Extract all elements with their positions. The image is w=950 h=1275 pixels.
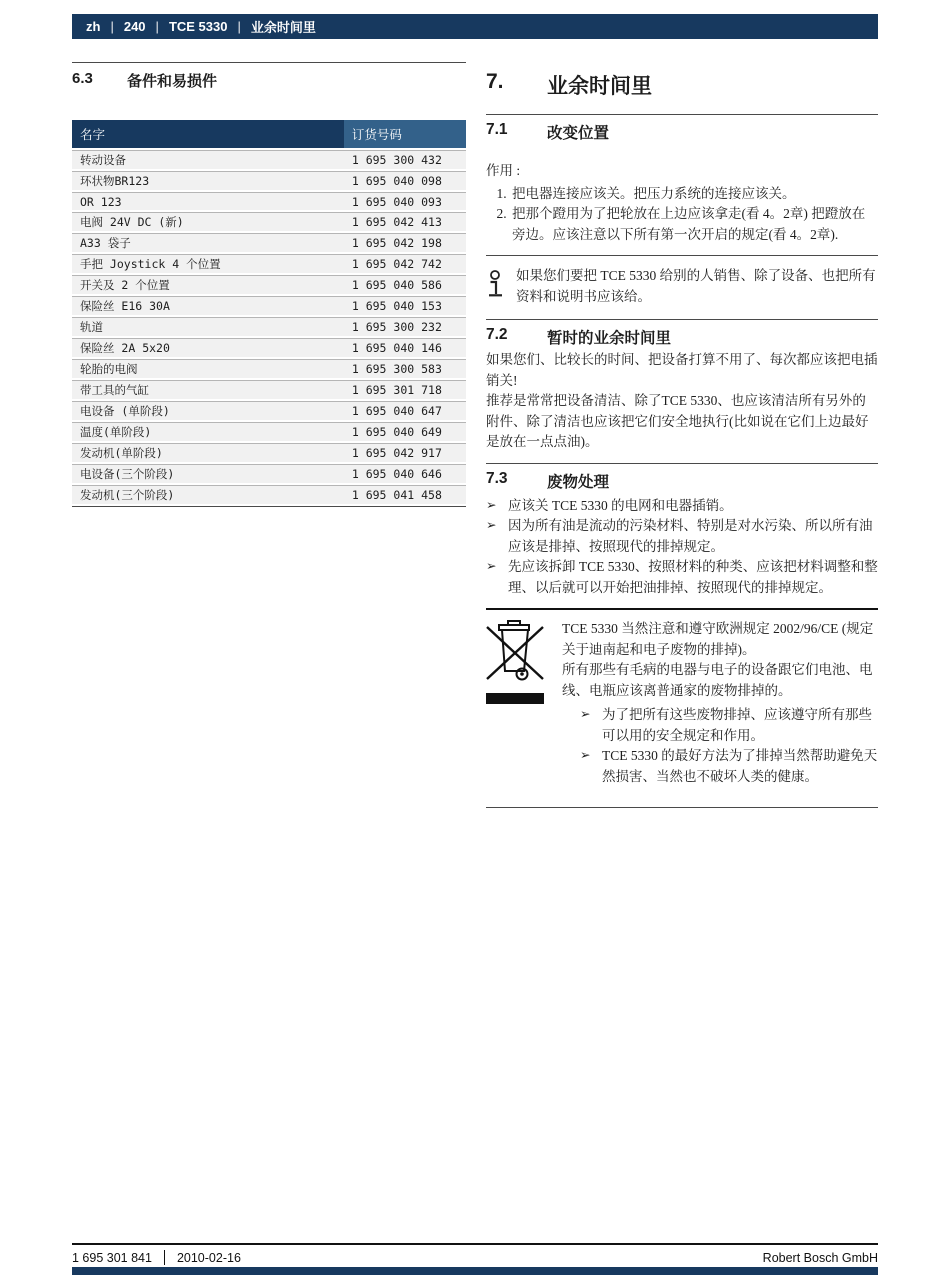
- part-name-cell: A33 袋子: [72, 233, 344, 252]
- divider: [486, 807, 878, 808]
- table-row: 电设备 (单阶段)1 695 040 647: [72, 401, 466, 420]
- order-number-cell: 1 695 040 093: [344, 192, 466, 210]
- header-separator: |: [110, 19, 113, 34]
- part-name-cell: 开关及 2 个位置: [72, 275, 344, 294]
- weee-text: TCE 5330 当然注意和遵守欧洲规定 2002/96/CE (规定关于迪南起…: [562, 619, 878, 797]
- weee-notice: TCE 5330 当然注意和遵守欧洲规定 2002/96/CE (规定关于迪南起…: [486, 610, 878, 807]
- left-column: 6.3 备件和易损件 名字 订货号码 转动设备1 695 300 432环状物B…: [72, 62, 466, 808]
- table-row: 手把 Joystick 4 个位置1 695 042 742: [72, 254, 466, 273]
- section-title: 改变位置: [547, 121, 609, 143]
- order-number-cell: 1 695 042 413: [344, 212, 466, 231]
- part-name-cell: 带工具的气缸: [72, 380, 344, 399]
- bullet-item: 为了把所有这些废物排掉、应该遵守所有那些可以用的安全规定和作用。: [580, 705, 878, 746]
- weee-bullet-list: 为了把所有这些废物排掉、应该遵守所有那些可以用的安全规定和作用。TCE 5330…: [562, 705, 878, 787]
- weee-icon-column: [486, 619, 548, 797]
- part-name-cell: 环状物BR123: [72, 171, 344, 190]
- table-row: 电设备(三个阶段)1 695 040 646: [72, 464, 466, 483]
- bottom-bar: [72, 1267, 878, 1275]
- part-name-cell: 发动机(三个阶段): [72, 485, 344, 504]
- crossed-out-wheeled-bin-icon: [486, 619, 544, 683]
- table-row: 保险丝 2A 5x201 695 040 146: [72, 338, 466, 357]
- right-column: 7. 业余时间里 7.1 改变位置 作用 : 把电器连接应该关。把压力系统的连接…: [486, 62, 878, 808]
- table-row: OR 1231 695 040 093: [72, 192, 466, 210]
- table-row: 轨道1 695 300 232: [72, 317, 466, 336]
- step-item: 把那个蹬用为了把轮放在上边应该拿走(看 4。2章) 把蹬放在旁边。应该注意以下所…: [510, 204, 878, 245]
- column-header-order-number: 订货号码: [344, 120, 466, 148]
- footer-separator: [164, 1250, 165, 1265]
- order-number-cell: 1 695 040 646: [344, 464, 466, 483]
- parts-table: 名字 订货号码 转动设备1 695 300 432环状物BR1231 695 0…: [72, 118, 466, 507]
- table-row: 转动设备1 695 300 432: [72, 150, 466, 169]
- bullet-item: 先应该拆卸 TCE 5330、按照材料的种类、应该把材料调整和整理、以后就可以开…: [486, 557, 878, 598]
- info-note-text: 如果您们要把 TCE 5330 给别的人销售、除了设备、也把所有资料和说明书应该…: [516, 266, 878, 307]
- part-name-cell: 轨道: [72, 317, 344, 336]
- page-header-bar: zh | 240 | TCE 5330 | 业余时间里: [72, 14, 878, 39]
- order-number-cell: 1 695 042 198: [344, 233, 466, 252]
- order-number-cell: 1 695 300 583: [344, 359, 466, 378]
- table-row: 环状物BR1231 695 040 098: [72, 171, 466, 190]
- chapter-number: 7.: [486, 70, 547, 100]
- header-page-number: 240: [124, 19, 146, 34]
- order-number-cell: 1 695 300 232: [344, 317, 466, 336]
- bullet-item: 应该关 TCE 5330 的电网和电器插销。: [486, 496, 878, 517]
- disposal-bullet-list: 应该关 TCE 5330 的电网和电器插销。因为所有油是流动的污染材料、特别是对…: [486, 496, 878, 599]
- part-name-cell: 轮胎的电阀: [72, 359, 344, 378]
- section-title: 暂时的业余时间里: [547, 326, 671, 348]
- page-content: 6.3 备件和易损件 名字 订货号码 转动设备1 695 300 432环状物B…: [72, 62, 878, 808]
- table-row: A33 袋子1 695 042 198: [72, 233, 466, 252]
- section-heading-6-3: 6.3 备件和易损件: [72, 63, 466, 91]
- paragraph: 如果您们、比较长的时间、把设备打算不用了、每次都应该把电插销关!: [486, 350, 878, 391]
- section-heading-7-1: 7.1 改变位置: [486, 115, 878, 145]
- order-number-cell: 1 695 040 649: [344, 422, 466, 441]
- bullet-item: TCE 5330 的最好方法为了排掉当然帮助避免天然损害、当然也不破坏人类的健康…: [580, 746, 878, 787]
- section-number: 7.1: [486, 121, 547, 143]
- purpose-label: 作用 :: [486, 161, 878, 182]
- section-heading-7-2: 7.2 暂时的业余时间里: [486, 320, 878, 350]
- table-row: 温度(单阶段)1 695 040 649: [72, 422, 466, 441]
- order-number-cell: 1 695 042 917: [344, 443, 466, 462]
- table-row: 开关及 2 个位置1 695 040 586: [72, 275, 466, 294]
- info-icon: [486, 266, 508, 307]
- order-number-cell: 1 695 041 458: [344, 485, 466, 504]
- section-number: 6.3: [72, 70, 127, 91]
- section-number: 7.2: [486, 326, 547, 348]
- part-name-cell: 保险丝 E16 30A: [72, 296, 344, 315]
- part-name-cell: 转动设备: [72, 150, 344, 169]
- paragraph: TCE 5330 当然注意和遵守欧洲规定 2002/96/CE (规定关于迪南起…: [562, 619, 878, 660]
- order-number-cell: 1 695 301 718: [344, 380, 466, 399]
- section-title: 备件和易损件: [127, 70, 217, 91]
- step-item: 把电器连接应该关。把压力系统的连接应该关。: [510, 184, 878, 205]
- header-language: zh: [86, 19, 100, 34]
- bullet-item: 因为所有油是流动的污染材料、特别是对水污染、所以所有油应该是排掉、按照现代的排掉…: [486, 516, 878, 557]
- part-name-cell: 电设备 (单阶段): [72, 401, 344, 420]
- order-number-cell: 1 695 040 647: [344, 401, 466, 420]
- header-separator: |: [156, 19, 159, 34]
- part-name-cell: 发动机(单阶段): [72, 443, 344, 462]
- weee-black-bar: [486, 693, 544, 704]
- page-footer: 1 695 301 841 2010-02-16 Robert Bosch Gm…: [72, 1250, 878, 1265]
- order-number-cell: 1 695 300 432: [344, 150, 466, 169]
- table-row: 发动机(三个阶段)1 695 041 458: [72, 485, 466, 504]
- order-number-cell: 1 695 042 742: [344, 254, 466, 273]
- chapter-title: 业余时间里: [547, 70, 652, 100]
- part-name-cell: 手把 Joystick 4 个位置: [72, 254, 344, 273]
- section-heading-7-3: 7.3 废物处理: [486, 464, 878, 494]
- header-product-name: TCE 5330: [169, 19, 228, 34]
- paragraph: 推荐是常常把设备清洁、除了TCE 5330、也应该清洁所有另外的附件、除了清洁也…: [486, 391, 878, 453]
- column-header-name: 名字: [72, 120, 344, 148]
- steps-list: 把电器连接应该关。把压力系统的连接应该关。把那个蹬用为了把轮放在上边应该拿走(看…: [486, 184, 878, 246]
- chapter-heading-7: 7. 业余时间里: [486, 62, 878, 114]
- table-row: 发动机(单阶段)1 695 042 917: [72, 443, 466, 462]
- header-chapter-title: 业余时间里: [251, 17, 316, 36]
- part-name-cell: 电设备(三个阶段): [72, 464, 344, 483]
- part-name-cell: 电阀 24V DC (新): [72, 212, 344, 231]
- divider: [72, 1243, 878, 1245]
- order-number-cell: 1 695 040 146: [344, 338, 466, 357]
- section-title: 废物处理: [547, 470, 609, 492]
- footer-doc-number: 1 695 301 841: [72, 1251, 152, 1265]
- table-row: 带工具的气缸1 695 301 718: [72, 380, 466, 399]
- order-number-cell: 1 695 040 153: [344, 296, 466, 315]
- order-number-cell: 1 695 040 586: [344, 275, 466, 294]
- table-row: 电阀 24V DC (新)1 695 042 413: [72, 212, 466, 231]
- order-number-cell: 1 695 040 098: [344, 171, 466, 190]
- part-name-cell: OR 123: [72, 192, 344, 210]
- table-row: 轮胎的电阀1 695 300 583: [72, 359, 466, 378]
- parts-table-body: 转动设备1 695 300 432环状物BR1231 695 040 098OR…: [72, 150, 466, 504]
- footer-company: Robert Bosch GmbH: [763, 1251, 878, 1265]
- section-number: 7.3: [486, 470, 547, 492]
- paragraph: 所有那些有毛病的电器与电子的设备跟它们电池、电线、电瓶应该离普通家的废物排掉的。: [562, 660, 878, 701]
- info-note: 如果您们要把 TCE 5330 给别的人销售、除了设备、也把所有资料和说明书应该…: [486, 256, 878, 319]
- footer-date: 2010-02-16: [177, 1251, 241, 1265]
- part-name-cell: 保险丝 2A 5x20: [72, 338, 344, 357]
- table-header-row: 名字 订货号码: [72, 120, 466, 148]
- table-row: 保险丝 E16 30A1 695 040 153: [72, 296, 466, 315]
- header-separator: |: [237, 19, 240, 34]
- part-name-cell: 温度(单阶段): [72, 422, 344, 441]
